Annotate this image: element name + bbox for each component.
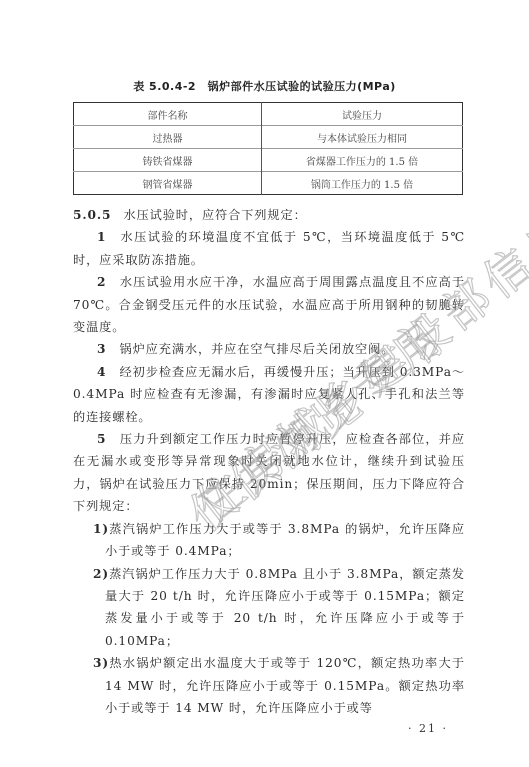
item-number: 2 [97,275,106,289]
cell-component: 铸铁省煤器 [74,149,262,172]
table-row: 铸铁省煤器 省煤器工作压力的 1.5 倍 [74,149,463,172]
cell-pressure: 省煤器工作压力的 1.5 倍 [262,149,463,172]
sub-item-number: 2) [93,567,109,581]
item-text: 水压试验用水应干净，水温应高于周围露点温度且不应高于 70℃。合金钢受压元件的水… [73,275,465,334]
item-text: 锅炉应充满水，并应在空气排尽后关闭放空阀。 [119,342,394,356]
table-header-row: 部件名称 试验压力 [74,103,463,126]
item-text: 水压试验的环境温度不宜低于 5℃，当环境温度低于 5℃时，应采取防冻措施。 [73,230,465,266]
clause-heading: 5.0.5水压试验时，应符合下列规定： [73,204,465,226]
sub-item-text: 蒸汽锅炉工作压力大于 0.8MPa 且小于 3.8MPa，额定蒸发量大于 20 … [105,567,465,648]
item-text: 压力升到额定工作压力时应暂停升压，应检查各部位，并应在无漏水或变形等异常现象时关… [73,432,465,513]
clause-item: 2 水压试验用水应干净，水温应高于周围露点温度且不应高于 70℃。合金钢受压元件… [73,271,465,338]
sub-item-text: 蒸汽锅炉工作压力大于或等于 3.8MPa 的锅炉，允许压降应小于或等于 0.4M… [105,522,465,558]
item-number: 4 [97,365,106,379]
header-test-pressure: 试验压力 [262,103,463,126]
cell-pressure: 与本体试验压力相同 [262,126,463,149]
clause-intro: 水压试验时，应符合下列规定： [123,208,306,222]
page-number: · 21 · [408,722,448,735]
sub-item-number: 1) [93,522,109,536]
test-pressure-table: 部件名称 试验压力 过热器 与本体试验压力相同 铸铁省煤器 省煤器工作压力的 1… [73,102,463,195]
item-number: 3 [97,342,106,356]
document-page: 表 5.0.4-2 锅炉部件水压试验的试验压力(MPa) 部件名称 试验压力 过… [0,0,529,767]
clause-number: 5.0.5 [73,208,111,222]
table-caption: 表 5.0.4-2 锅炉部件水压试验的试验压力(MPa) [0,78,529,94]
table-row: 钢管省煤器 锅筒工作压力的 1.5 倍 [74,172,463,195]
clause-item: 3 锅炉应充满水，并应在空气排尽后关闭放空阀。 [73,338,465,360]
table-row: 过热器 与本体试验压力相同 [74,126,463,149]
clause-body: 5.0.5水压试验时，应符合下列规定： 1 水压试验的环境温度不宜低于 5℃，当… [73,204,465,719]
item-text: 经初步检查应无漏水后，再缓慢升压；当升压到 0.3MPa～0.4MPa 时应检查… [73,365,465,424]
cell-pressure: 锅筒工作压力的 1.5 倍 [262,172,463,195]
header-component-name: 部件名称 [74,103,262,126]
clause-item: 1 水压试验的环境温度不宜低于 5℃，当环境温度低于 5℃时，应采取防冻措施。 [73,226,465,271]
item-number: 5 [97,432,106,446]
cell-component: 钢管省煤器 [74,172,262,195]
clause-item: 5 压力升到额定工作压力时应暂停升压，应检查各部位，并应在无漏水或变形等异常现象… [73,428,465,518]
sub-item: 1)蒸汽锅炉工作压力大于或等于 3.8MPa 的锅炉，允许压降应小于或等于 0.… [73,518,465,563]
item-number: 1 [97,230,106,244]
sub-item: 3)热水锅炉额定出水温度大于或等于 120℃，额定热功率大于 14 MW 时，允… [73,652,465,719]
sub-item-number: 3) [93,656,109,670]
cell-component: 过热器 [74,126,262,149]
sub-item-text: 热水锅炉额定出水温度大于或等于 120℃，额定热功率大于 14 MW 时，允许压… [105,656,465,715]
clause-item: 4 经初步检查应无漏水后，再缓慢升压；当升压到 0.3MPa～0.4MPa 时应… [73,361,465,428]
sub-item: 2)蒸汽锅炉工作压力大于 0.8MPa 且小于 3.8MPa，额定蒸发量大于 2… [73,563,465,653]
